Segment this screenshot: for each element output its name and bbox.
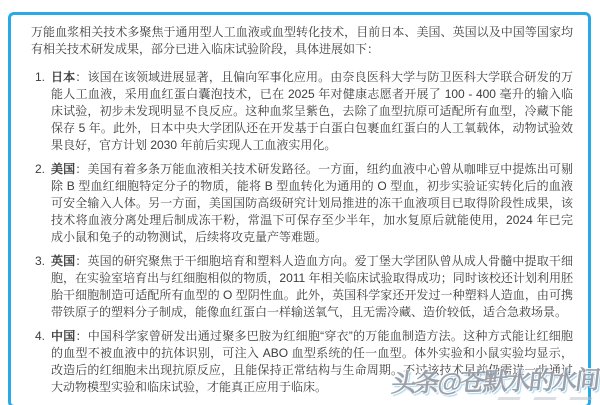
item-number: 4. [35,328,45,345]
item-number: 3. [35,253,45,270]
watermark-dash [569,397,592,400]
document-image: { "colors": { "border": "#29aae6", "text… [0,0,600,405]
item-country: 美国 [51,162,75,176]
item-country: 英国 [51,254,75,268]
item-number: 1. [35,69,45,86]
list-item-japan: 1.日本：该国在该领域进展显著，且偏向军事化应用。由奈良医科大学与防卫医科大学联… [35,69,573,154]
list-item-uk: 3.英国：英国的研究聚焦于干细胞培育和塑料人造血方向。爱丁堡大学团队曾从成人骨髓… [35,253,573,321]
item-country: 中国 [51,329,75,343]
country-progress-list: 1.日本：该国在该领域进展显著，且偏向军事化应用。由奈良医科大学与防卫医科大学联… [31,69,573,396]
intro-paragraph: 万能血浆相关技术多聚焦于通用型人工血液或血型转化技术，目前日本、美国、英国以及中… [31,24,573,58]
item-number: 2. [35,161,45,178]
content-frame: 万能血浆相关技术多聚焦于通用型人工血液或血型转化技术，目前日本、美国、英国以及中… [8,12,591,405]
item-text: ：该国在该领域进展显著，且偏向军事化应用。由奈良医科大学与防卫医科大学联合研发的… [51,70,573,152]
list-item-usa: 2.美国：美国有着多条万能血液相关技术研发路径。一方面，纽约血液中心曾从咖啡豆中… [35,161,573,246]
item-text: ：英国的研究聚焦于干细胞培育和塑料人造血方向。爱丁堡大学团队曾从成人骨髓中提取干… [51,254,573,319]
toutiao-watermark: 头条@苍默水的水间 [389,360,600,400]
item-country: 日本 [51,70,75,84]
watermark-dash [533,397,556,400]
item-text: ：美国有着多条万能血液相关技术研发路径。一方面，纽约血液中心曾从咖啡豆中提炼出可… [51,162,573,244]
